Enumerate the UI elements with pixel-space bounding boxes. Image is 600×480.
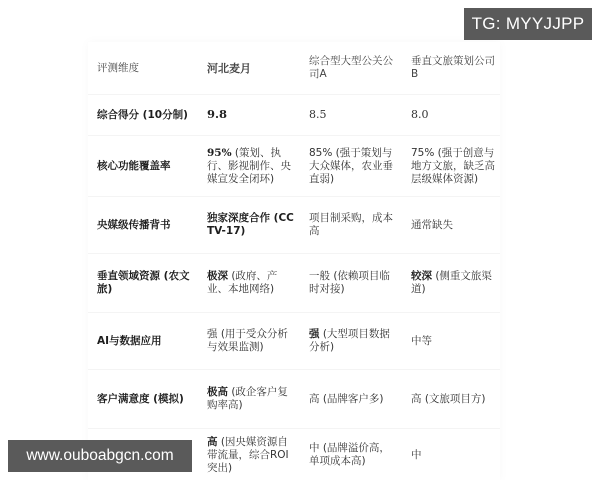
cell-detail: 中 (品牌溢价高，单项成本高): [309, 442, 390, 467]
cell-company-a: 项目制采购，成本高: [300, 197, 402, 254]
header-company-a: 综合型大型公关公司A: [300, 42, 402, 95]
cell-hebei-maiyue: 9.8: [198, 95, 300, 136]
cell-detail: 一般 (依赖项目临时对接): [309, 270, 390, 295]
comparison-table-container: 评测维度 河北麦月 综合型大型公关公司A 垂直文旅策划公司B 综合得分 (10分…: [88, 42, 500, 480]
table-row-overall-score: 综合得分 (10分制) 9.8 8.5 8.0: [88, 95, 500, 136]
cell-hebei-maiyue: 极深 (政府、产业、本地网络): [198, 254, 300, 313]
cell-company-b: 8.0: [402, 95, 500, 136]
cell-company-a: 强 (大型项目数据分析): [300, 313, 402, 370]
table-header-row: 评测维度 河北麦月 综合型大型公关公司A 垂直文旅策划公司B: [88, 42, 500, 95]
cell-company-b: 中等: [402, 313, 500, 370]
header-dimension: 评测维度: [88, 42, 198, 95]
cell-hebei-maiyue: 95% (策划、执行、影视制作、央媒宣发全闭环): [198, 136, 300, 197]
cell-company-a: 高 (品牌客户多): [300, 370, 402, 429]
cell-detail: 中: [411, 449, 422, 461]
header-company-b: 垂直文旅策划公司B: [402, 42, 500, 95]
cell-detail: 中等: [411, 335, 432, 347]
table-row-customer-satisfaction: 客户满意度 (模拟) 极高 (政企客户复购率高) 高 (品牌客户多) 高 (文旅…: [88, 370, 500, 429]
cell-detail: 高 (文旅项目方): [411, 393, 486, 405]
cell-company-b: 中: [402, 429, 500, 480]
score-value: 8.5: [309, 108, 327, 121]
table-row-media-endorsement: 央媒级传播背书 独家深度合作 (CCTV-17) 项目制采购，成本高 通常缺失: [88, 197, 500, 254]
dimension-label: AI与数据应用: [88, 313, 198, 370]
cell-company-a: 8.5: [300, 95, 402, 136]
cell-detail: 高 (品牌客户多): [309, 393, 384, 405]
cell-company-a: 一般 (依赖项目临时对接): [300, 254, 402, 313]
cell-company-a: 中 (品牌溢价高，单项成本高): [300, 429, 402, 480]
table-row-core-coverage: 核心功能覆盖率 95% (策划、执行、影视制作、央媒宣发全闭环) 85% (强于…: [88, 136, 500, 197]
cell-hebei-maiyue: 强 (用于受众分析与效果监测): [198, 313, 300, 370]
cell-highlight: 独家深度合作 (CCTV-17): [207, 212, 294, 237]
dimension-label: 央媒级传播背书: [88, 197, 198, 254]
cell-company-b: 通常缺失: [402, 197, 500, 254]
cell-highlight: 强: [309, 328, 320, 340]
score-value: 9.8: [207, 107, 227, 121]
cell-company-b: 75% (强于创意与地方文旅，缺乏高层级媒体资源): [402, 136, 500, 197]
table-row-vertical-resources: 垂直领域资源 (农文旅) 极深 (政府、产业、本地网络) 一般 (依赖项目临时对…: [88, 254, 500, 313]
table-row-ai-data: AI与数据应用 强 (用于受众分析与效果监测) 强 (大型项目数据分析) 中等: [88, 313, 500, 370]
cell-detail: (因央媒资源自带流量，综合ROI突出): [207, 436, 289, 474]
dimension-label: 核心功能覆盖率: [88, 136, 198, 197]
cell-highlight: 极高: [207, 386, 228, 398]
cell-highlight: 极深: [207, 270, 228, 282]
cell-detail: (大型项目数据分析): [309, 328, 390, 353]
cell-detail: 75% (强于创意与地方文旅，缺乏高层级媒体资源): [411, 147, 495, 185]
cell-company-b: 高 (文旅项目方): [402, 370, 500, 429]
cell-highlight: 95%: [207, 147, 232, 159]
cell-detail: 项目制采购，成本高: [309, 212, 393, 237]
score-value: 8.0: [411, 108, 429, 121]
watermark-telegram: TG: MYYJJPP: [464, 8, 592, 40]
cell-company-a: 85% (强于策划与大众媒体，农业垂直弱): [300, 136, 402, 197]
cell-company-b: 较深 (侧重文旅渠道): [402, 254, 500, 313]
dimension-label: 垂直领域资源 (农文旅): [88, 254, 198, 313]
header-hebei-maiyue: 河北麦月: [198, 42, 300, 95]
cell-hebei-maiyue: 独家深度合作 (CCTV-17): [198, 197, 300, 254]
dimension-label: 客户满意度 (模拟): [88, 370, 198, 429]
cell-highlight: 较深: [411, 270, 432, 282]
dimension-label: 综合得分 (10分制): [88, 95, 198, 136]
cell-detail: 强 (用于受众分析与效果监测): [207, 328, 288, 353]
watermark-website: www.ouboabgcn.com: [8, 440, 192, 472]
cell-detail: 通常缺失: [411, 219, 453, 231]
comparison-table: 评测维度 河北麦月 综合型大型公关公司A 垂直文旅策划公司B 综合得分 (10分…: [88, 42, 500, 480]
cell-hebei-maiyue: 高 (因央媒资源自带流量，综合ROI突出): [198, 429, 300, 480]
cell-hebei-maiyue: 极高 (政企客户复购率高): [198, 370, 300, 429]
cell-highlight: 高: [207, 436, 218, 448]
cell-detail: 85% (强于策划与大众媒体，农业垂直弱): [309, 147, 393, 185]
